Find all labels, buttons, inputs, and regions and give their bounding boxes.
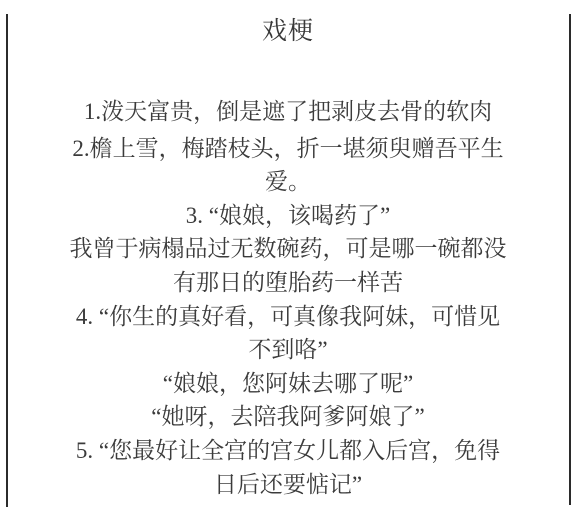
quote-line: 不到咯” xyxy=(24,333,552,367)
quote-line: 有那日的堕胎药一样苦 xyxy=(24,266,552,300)
left-border-line xyxy=(6,14,8,507)
quote-line: 2.檐上雪，梅踏枝头，折一堪须臾赠吾平生 xyxy=(24,132,552,166)
quote-line: 1.泼天富贵，倒是遮了把剥皮去骨的软肉 xyxy=(24,95,552,129)
quote-line: 爱。 xyxy=(24,165,552,199)
document-page: 戏梗 1.泼天富贵，倒是遮了把剥皮去骨的软肉 2.檐上雪，梅踏枝头，折一堪须臾赠… xyxy=(0,0,576,523)
quote-line: 日后还要惦记” xyxy=(24,468,552,502)
right-border-line xyxy=(569,14,571,505)
quote-line: “娘娘，您阿妹去哪了呢” xyxy=(24,367,552,401)
quote-line: “她呀，去陪我阿爹阿娘了” xyxy=(24,400,552,434)
quote-line: 3. “娘娘，该喝药了” xyxy=(24,199,552,233)
quote-line: 我曾于病榻品过无数碗药，可是哪一碗都没 xyxy=(24,232,552,266)
quote-line: 5. “您最好让全宫的宫女儿都入后宫，免得 xyxy=(24,434,552,468)
page-title: 戏梗 xyxy=(8,16,568,48)
quote-line: 4. “你生的真好看，可真像我阿妹，可惜见 xyxy=(24,300,552,334)
quote-list: 1.泼天富贵，倒是遮了把剥皮去骨的软肉 2.檐上雪，梅踏枝头，折一堪须臾赠吾平生… xyxy=(24,95,552,501)
